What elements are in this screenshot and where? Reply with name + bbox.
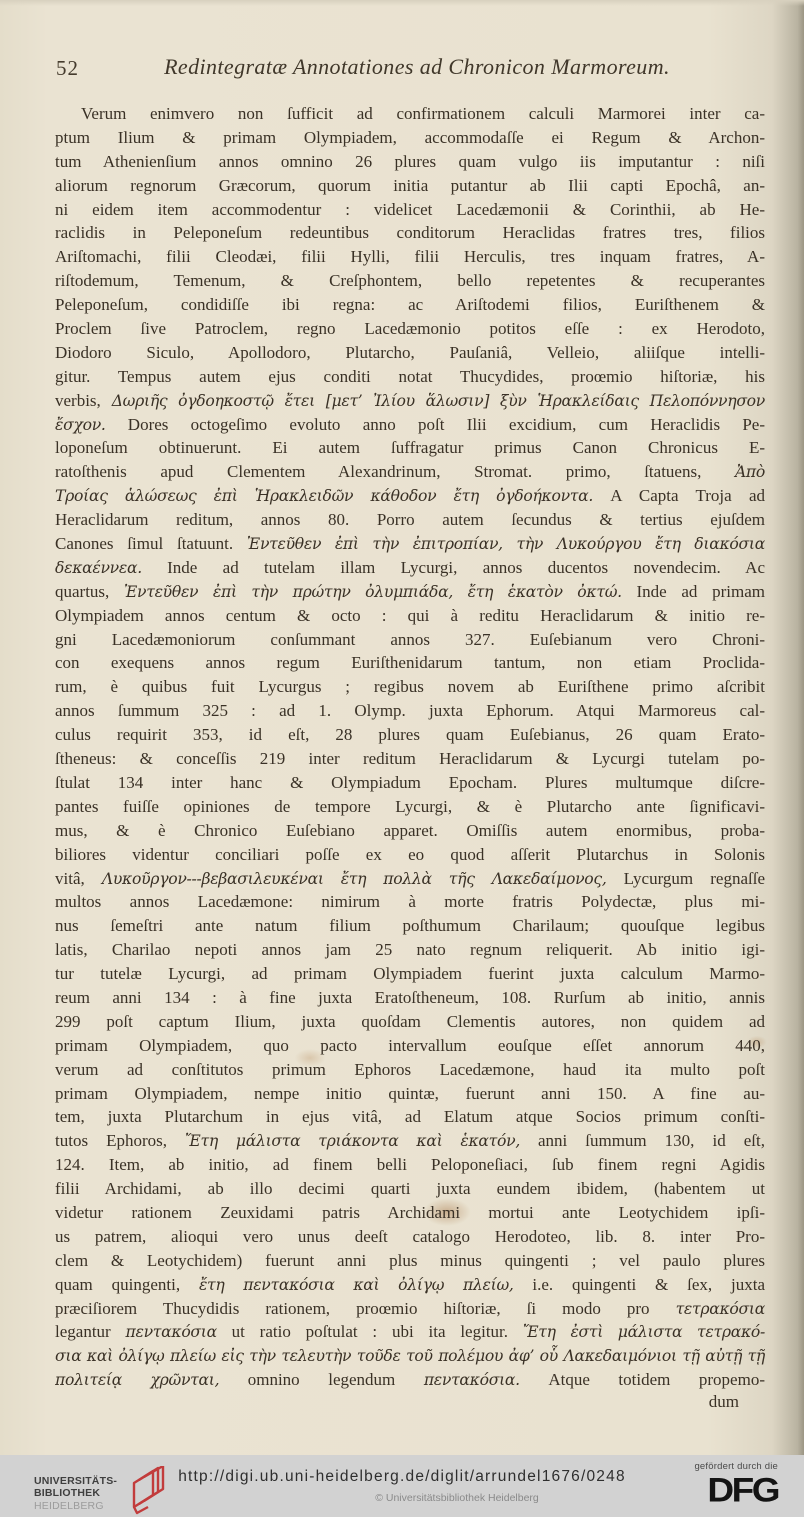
running-title: Redintegratæ Annotationes ad Chronicon M… [0, 54, 804, 80]
greek-phrase: ἔσχον. [55, 415, 128, 434]
text-line: Diodoro Siculo, Apollodoro, Plutarcho, P… [55, 341, 765, 365]
greek-phrase: τετρακόσια [676, 1299, 765, 1318]
greek-phrase: σια καὶ ὀλίγῳ πλείω εἰς τὴν τελευτὴν τοῦ… [55, 1346, 765, 1365]
greek-phrase: Ἔτη ἐστὶ μάλιστα τετρακό- [523, 1322, 765, 1341]
dfg-logo: gefördert durch die DFG [658, 1461, 778, 1512]
text-line: ratoſthenis apud Clementem Alexandrinum,… [55, 460, 765, 484]
text-line: us patrem, alioqui vero unus deeſt catal… [55, 1225, 765, 1249]
text-line: ἔσχον. Dores octogeſimo evoluto anno poſ… [55, 413, 765, 437]
text-line: Ariſtomachi, filii Cleodæi, filii Hylli,… [55, 245, 765, 269]
text-line: con exequens annos regum Euriſthenidarum… [55, 651, 765, 675]
text-line: tem, juxta Plutarchum in ejus vitâ, ad E… [55, 1105, 765, 1129]
greek-phrase: Τροίας ἁλώσεως ἐπὶ Ἡρακλειδῶν κάθοδον ἔτ… [55, 486, 610, 505]
text-line: Verum enimvero non ſufficit ad confirmat… [55, 102, 765, 126]
text-line: culus requirit 353, id eſt, 28 plures qu… [55, 723, 765, 747]
dfg-logo-text: DFG [658, 1472, 778, 1509]
text-line: multos annos Lacedæmone: nimirum à morte… [55, 890, 765, 914]
text-line: raclidis in Peleponeſum redeuntibus cond… [55, 221, 765, 245]
text-line: filii Archidami, ab illo decimi quarti j… [55, 1177, 765, 1201]
text-line: reum anni 134 : à fine juxta Eratoſthene… [55, 986, 765, 1010]
scanned-book-page: 52 Redintegratæ Annotationes ad Chronico… [0, 0, 804, 1455]
greek-phrase: δεκαέννεα. [55, 558, 167, 577]
text-line: Proclem ſive Patroclem, regno Lacedæmoni… [55, 317, 765, 341]
page-header: 52 Redintegratæ Annotationes ad Chronico… [0, 0, 804, 54]
text-line: ni eidem item accommodentur : videlicet … [55, 198, 765, 222]
text-line: tutos Ephoros, Ἔτη μάλιστα τριάκοντα καὶ… [55, 1129, 765, 1153]
text-line: mus, & è Chronico Euſebiano apparet. Omi… [55, 819, 765, 843]
text-line: primam Olympiadem, nempe initio quintæ, … [55, 1082, 765, 1106]
digitized-page: 52 Redintegratæ Annotationes ad Chronico… [0, 0, 804, 1517]
text-line: ptum Ilium & primam Olympiadem, accommod… [55, 126, 765, 150]
text-line: riſtodemum, Temenum, & Creſphontem, bell… [55, 269, 765, 293]
text-line: verum ad conſtitutos primum Ephoros Lace… [55, 1058, 765, 1082]
text-line: annos ſummum 325 : ad 1. Olymp. juxta Ep… [55, 699, 765, 723]
text-line: 299 poſt captum Ilium, juxta quoſdam Cle… [55, 1010, 765, 1034]
greek-phrase: πεντακόσια [126, 1322, 232, 1341]
greek-phrase: Ἔτη μάλιστα τριάκοντα καὶ ἑκατόν, [185, 1131, 538, 1150]
text-line: loponeſum obtinuerunt. Ei autem ſuffraga… [55, 436, 765, 460]
greek-phrase: ἔτη πεντακόσια καὶ ὀλίγῳ πλείω, [199, 1275, 532, 1294]
catchword: dum [55, 1392, 765, 1412]
greek-phrase: Ἐντεῦθεν ἐπὶ τὴν ἐπιτροπίαν, τὴν Λυκούργ… [247, 534, 765, 553]
text-line: quam quingenti, ἔτη πεντακόσια καὶ ὀλίγῳ… [55, 1273, 765, 1297]
text-line: pantes fuiſſe opiniones de tempore Lycur… [55, 795, 765, 819]
text-line: clem & Leotychidem) fuerunt anni plus mi… [55, 1249, 765, 1273]
text-line: quartus, Ἐντεῦθεν ἐπὶ τὴν πρώτην ὀλυμπιά… [55, 580, 765, 604]
text-line: latis, Charilao nepoti annos jam 25 nato… [55, 938, 765, 962]
text-line: δεκαέννεα. Inde ad tutelam illam Lycurgi… [55, 556, 765, 580]
text-line: Heraclidarum reditum, annos 80. Porro au… [55, 508, 765, 532]
text-line: Τροίας ἁλώσεως ἐπὶ Ἡρακλειδῶν κάθοδον ἔτ… [55, 484, 765, 508]
text-line: vitâ, Λυκοῦργον---βεβασιλευκέναι ἔτη πολ… [55, 867, 765, 891]
text-line: præciſiorem Thucydidis rationem, proœmio… [55, 1297, 765, 1321]
greek-phrase: Ἐντεῦθεν ἐπὶ τὴν πρώτην ὀλυμπιάδα, ἔτη ἑ… [124, 582, 636, 601]
text-line: ſtulat 134 inter hanc & Olympiadum Epoch… [55, 771, 765, 795]
greek-phrase: Ἀπὸ [735, 462, 765, 481]
greek-phrase: Δωριῆς ὀγδοηκοστῷ ἔτει [μετ’ Ἰλίου ἅλωσι… [112, 391, 765, 410]
text-line: πολιτείᾳ χρῶνται, omnino legendum πεντακ… [55, 1368, 765, 1392]
page-number: 52 [56, 56, 79, 81]
library-name-line3: HEIDELBERG [34, 1500, 120, 1513]
text-line: nus ſemeſtri ante natum filium poſthumum… [55, 914, 765, 938]
text-line: gitur. Tempus autem ejus conditi notat T… [55, 365, 765, 389]
text-line: tur tutelæ Lycurgi, ad primam Olympiadem… [55, 962, 765, 986]
text-line: Canones ſimul ſtatuunt. Ἐντεῦθεν ἐπὶ τὴν… [55, 532, 765, 556]
text-line: primam Olympiadem, quo pacto intervallum… [55, 1034, 765, 1058]
text-line: tum Athenienſium annos omnino 26 plures … [55, 150, 765, 174]
body-text: Verum enimvero non ſufficit ad confirmat… [55, 102, 765, 1392]
text-line: 124. Item, ab initio, ad finem belli Pel… [55, 1153, 765, 1177]
text-line: σια καὶ ὀλίγῳ πλείω εἰς τὴν τελευτὴν τοῦ… [55, 1344, 765, 1368]
text-line: Olympiadem annos centum & octo : qui à r… [55, 604, 765, 628]
text-line: gni Lacedæmoniorum conſummant annos 327.… [55, 628, 765, 652]
text-line: legantur πεντακόσια ut ratio poſtulat : … [55, 1320, 765, 1344]
text-line: verbis, Δωριῆς ὀγδοηκοστῷ ἔτει [μετ’ Ἰλί… [55, 389, 765, 413]
library-name-line2: BIBLIOTHEK [34, 1487, 120, 1500]
text-line: aliorum regnorum Græcorum, quorum initia… [55, 174, 765, 198]
greek-phrase: πεντακόσια. [424, 1370, 548, 1389]
text-line: biliores videntur conciliari poſſe ex eo… [55, 843, 765, 867]
text-line: Peleponeſum, condidiſſe ibi regna: ac Ar… [55, 293, 765, 317]
text-line: rum, è quibus fuit Lycurgus ; regibus no… [55, 675, 765, 699]
text-line: ſtheneus: & conceſſis 219 inter reditum … [55, 747, 765, 771]
library-footer-bar: UNIVERSITÄTS- BIBLIOTHEK HEIDELBERG http… [0, 1455, 804, 1517]
text-line: videtur rationem Zeuxidami patris Archid… [55, 1201, 765, 1225]
greek-phrase: πολιτείᾳ χρῶνται, [55, 1370, 248, 1389]
greek-phrase: Λυκοῦργον---βεβασιλευκέναι ἔτη πολλὰ τῆς… [102, 869, 624, 888]
